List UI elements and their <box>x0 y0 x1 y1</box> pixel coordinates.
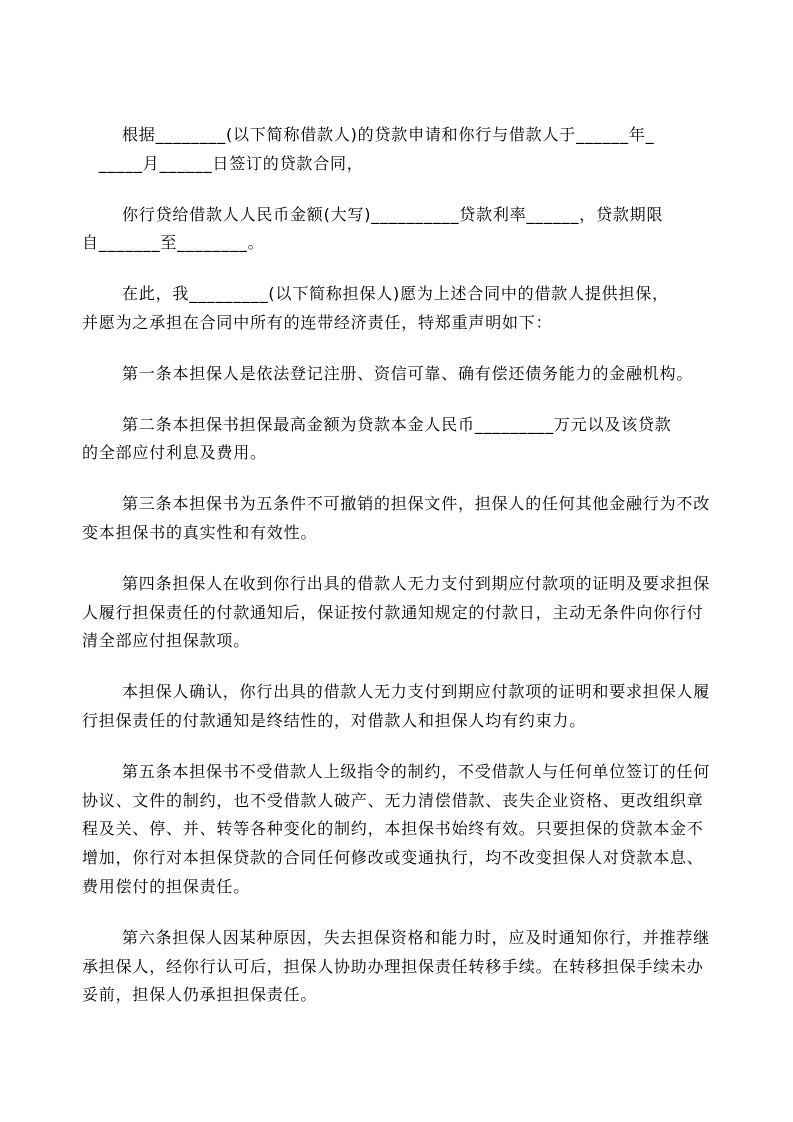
text-line: 承担保人，经你行认可后，担保人协助办理担保责任转移手续。在转移担保手续未办 <box>82 953 711 982</box>
paragraph: 第二条本担保书担保最高金额为贷款本金人民币_________万元以及该贷款的全部… <box>82 411 711 469</box>
text-line: 清全部应付担保款项。 <box>82 627 711 656</box>
paragraph: 第五条本担保书不受借款人上级指令的制约，不受借款人与任何单位签订的任何协议、文件… <box>82 758 711 902</box>
text-line: 的全部应付利息及费用。 <box>82 439 711 468</box>
paragraph: 在此，我_________(以下简称担保人)愿为上述合同中的借款人提供担保，并愿… <box>82 280 711 338</box>
text-line: 第六条担保人因某种原因，失去担保资格和能力时，应及时通知你行，并推荐继 <box>82 924 711 953</box>
text-line: 妥前，担保人仍承担担保责任。 <box>82 981 711 1010</box>
text-line: 并愿为之承担在合同中所有的连带经济责任，特郑重声明如下： <box>82 309 711 338</box>
text-line: 在此，我_________(以下简称担保人)愿为上述合同中的借款人提供担保， <box>82 280 711 309</box>
text-line: 协议、文件的制约，也不受借款人破产、无力清偿借款、丧失企业资格、更改组织章 <box>82 787 711 816</box>
text-line: 行担保责任的付款通知是终结性的，对借款人和担保人均有约束力。 <box>82 707 711 736</box>
text-line: 程及关、停、并、转等各种变化的制约，本担保书始终有效。只要担保的贷款本金不 <box>82 815 711 844</box>
text-line: _____月______日签订的贷款合同， <box>82 150 711 179</box>
text-line: 增加，你行对本担保贷款的合同任何修改或变通执行，均不改变担保人对贷款本息、 <box>82 844 711 873</box>
text-line: 人履行担保责任的付款通知后，保证按付款通知规定的付款日，主动无条件向你行付 <box>82 599 711 628</box>
paragraph: 第三条本担保书为五条件不可撤销的担保文件，担保人的任何其他金融行为不改变本担保书… <box>82 490 711 548</box>
text-line: 费用偿付的担保责任。 <box>82 873 711 902</box>
text-line: 变本担保书的真实性和有效性。 <box>82 519 711 548</box>
paragraph: 第四条担保人在收到你行出具的借款人无力支付到期应付款项的证明及要求担保人履行担保… <box>82 570 711 656</box>
text-line: 自_______至________。 <box>82 229 711 258</box>
text-line: 第五条本担保书不受借款人上级指令的制约，不受借款人与任何单位签订的任何 <box>82 758 711 787</box>
document-page: 根据________(以下简称借款人)的贷款申请和你行与借款人于______年_… <box>0 0 793 1122</box>
paragraph: 本担保人确认，你行出具的借款人无力支付到期应付款项的证明和要求担保人履行担保责任… <box>82 678 711 736</box>
text-line: 根据________(以下简称借款人)的贷款申请和你行与借款人于______年_ <box>82 121 711 150</box>
paragraph: 根据________(以下简称借款人)的贷款申请和你行与借款人于______年_… <box>82 121 711 179</box>
text-line: 你行贷给借款人人民币金额(大写)__________贷款利率______，贷款期… <box>82 201 711 230</box>
text-line: 第一条本担保人是依法登记注册、资信可靠、确有偿还债务能力的金融机构。 <box>82 360 711 389</box>
text-line: 本担保人确认，你行出具的借款人无力支付到期应付款项的证明和要求担保人履 <box>82 678 711 707</box>
text-line: 第三条本担保书为五条件不可撤销的担保文件，担保人的任何其他金融行为不改 <box>82 490 711 519</box>
document-body: 根据________(以下简称借款人)的贷款申请和你行与借款人于______年_… <box>82 121 711 1010</box>
text-line: 第四条担保人在收到你行出具的借款人无力支付到期应付款项的证明及要求担保 <box>82 570 711 599</box>
paragraph: 你行贷给借款人人民币金额(大写)__________贷款利率______，贷款期… <box>82 201 711 259</box>
paragraph: 第六条担保人因某种原因，失去担保资格和能力时，应及时通知你行，并推荐继承担保人，… <box>82 924 711 1010</box>
paragraph: 第一条本担保人是依法登记注册、资信可靠、确有偿还债务能力的金融机构。 <box>82 360 711 389</box>
text-line: 第二条本担保书担保最高金额为贷款本金人民币_________万元以及该贷款 <box>82 411 711 440</box>
